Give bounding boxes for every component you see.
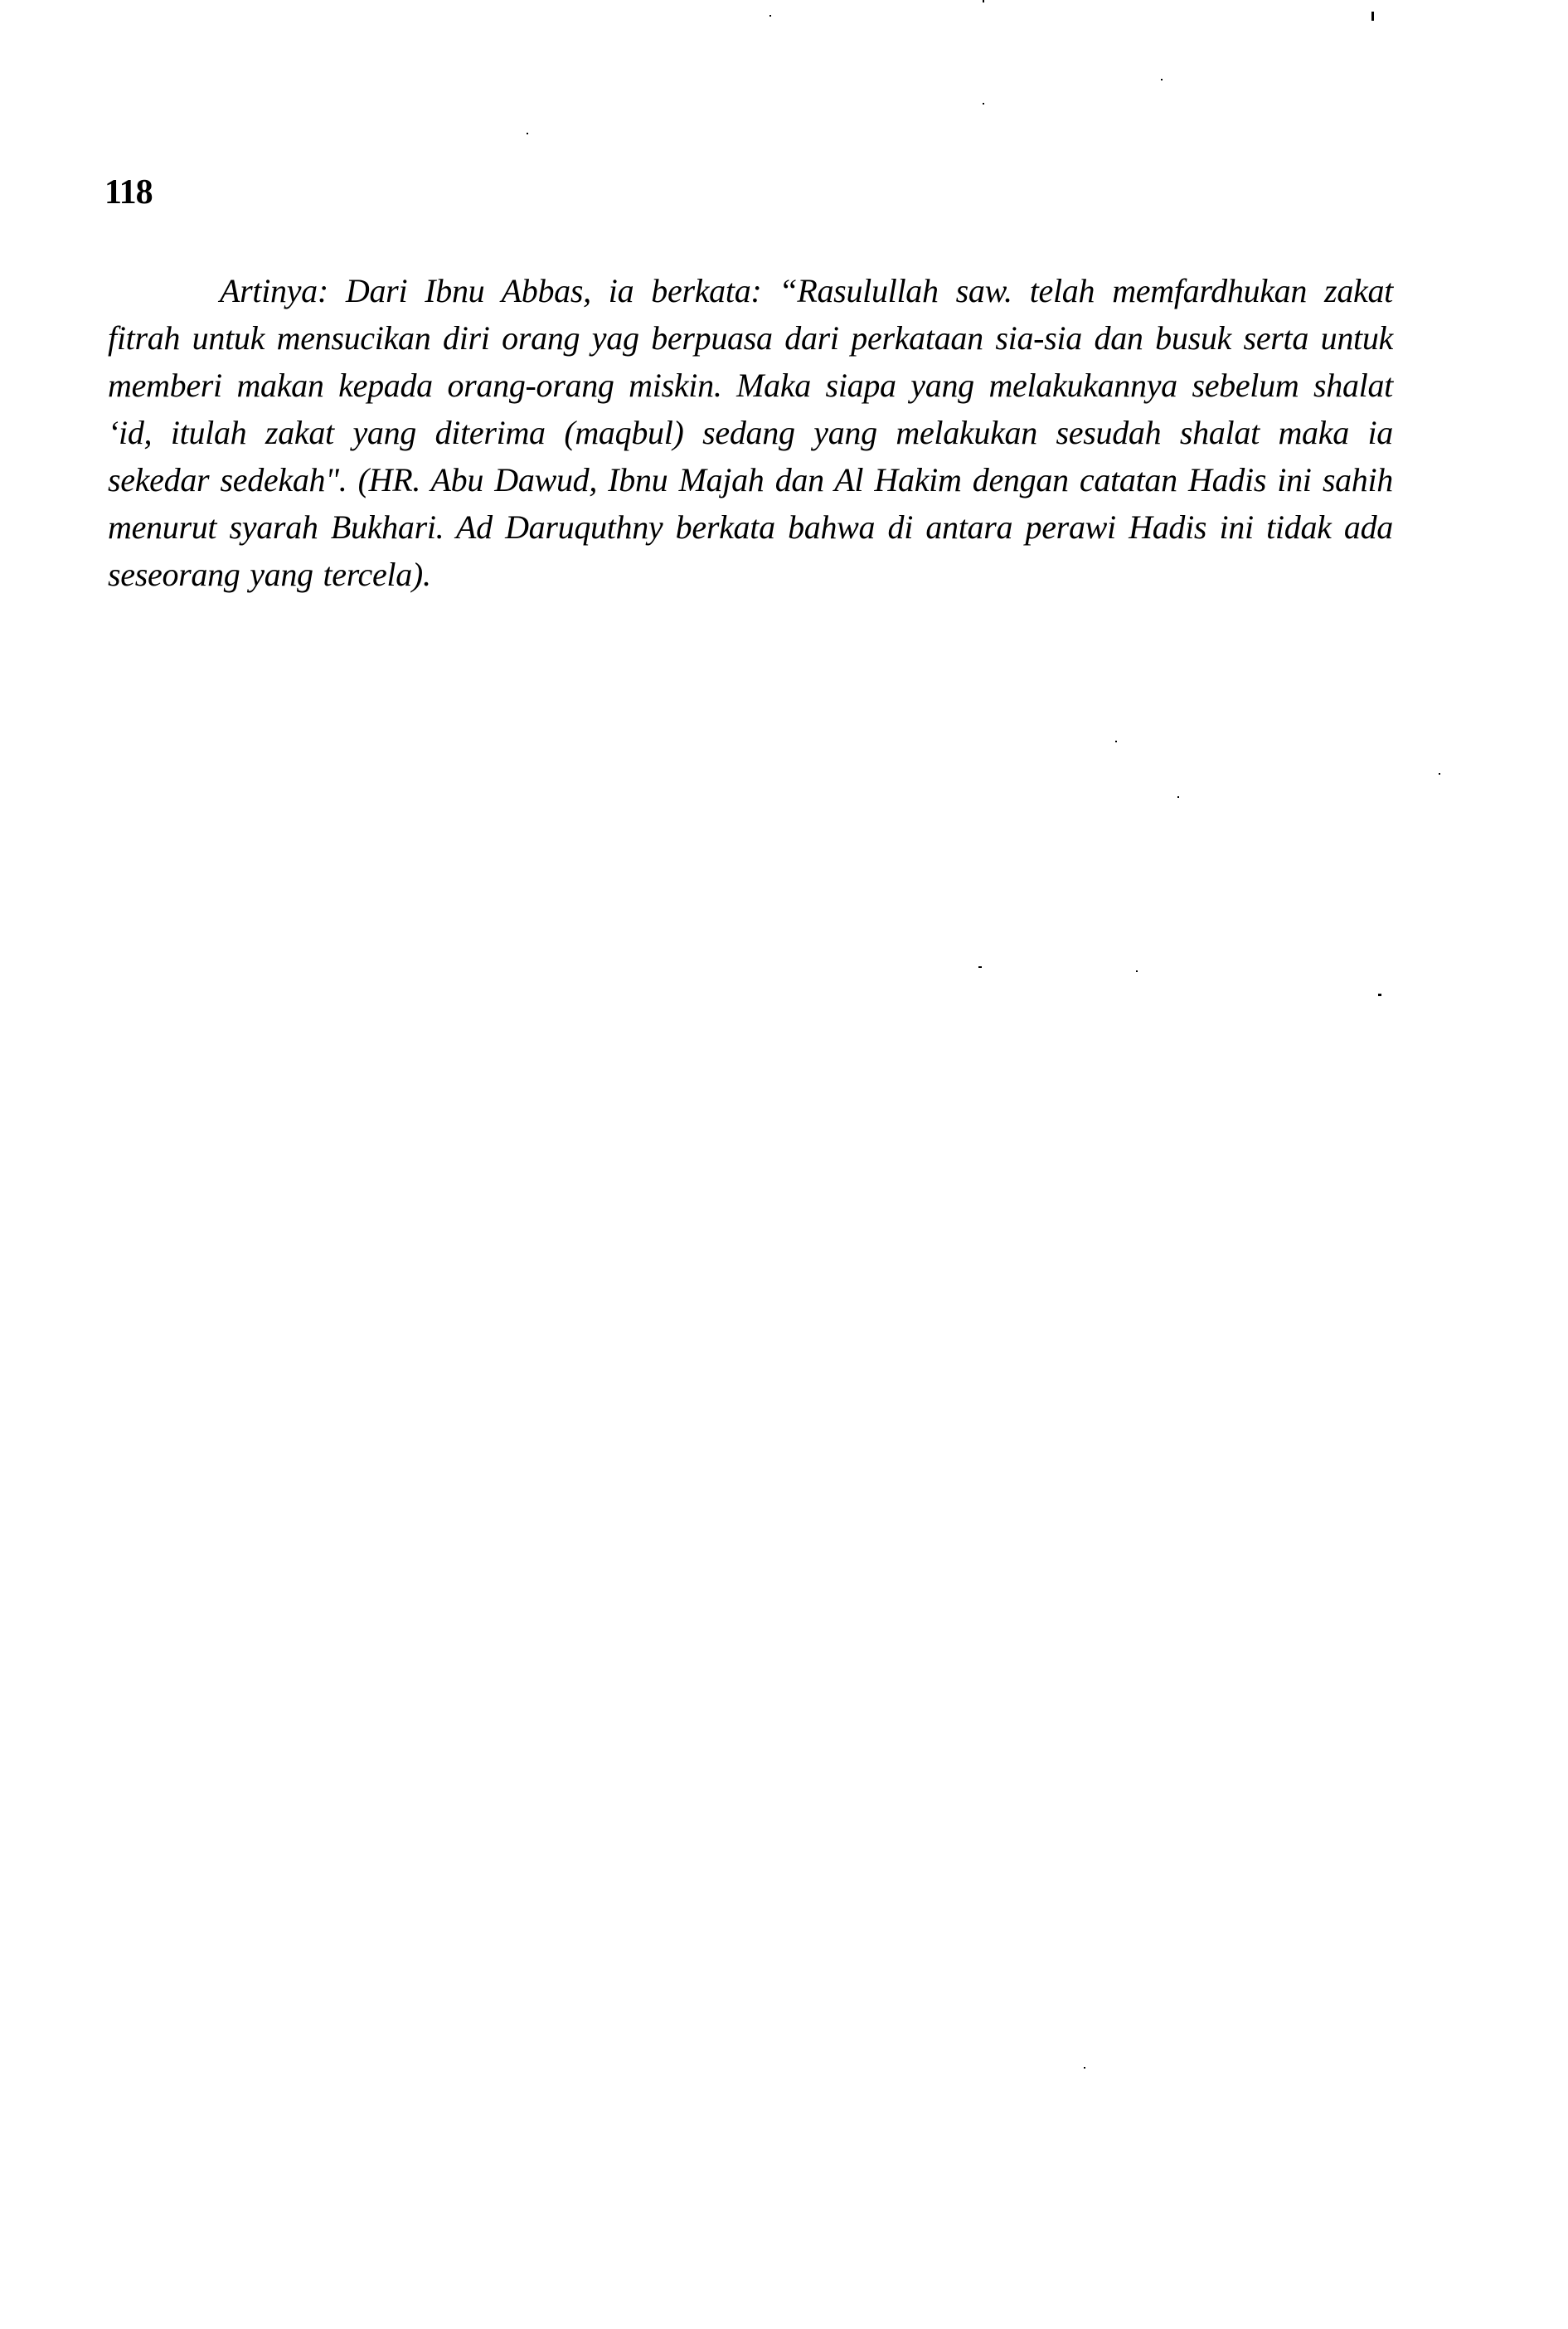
scan-speck (1136, 970, 1138, 972)
scan-speck (983, 103, 984, 105)
scan-speck (1371, 12, 1374, 21)
scan-speck (978, 966, 982, 968)
scan-speck (1115, 741, 1117, 742)
hadith-translation-paragraph: Artinya: Dari Ibnu Abbas, ia berkata: “R… (108, 267, 1393, 598)
scan-speck (769, 15, 771, 17)
scan-speck (983, 0, 984, 2)
page-number: 118 (104, 173, 153, 212)
scan-speck (1439, 773, 1440, 775)
scan-speck (1378, 994, 1381, 996)
scan-speck (1084, 2067, 1085, 2069)
scan-speck (527, 133, 528, 134)
scan-speck (1177, 796, 1179, 798)
scan-speck (1161, 79, 1163, 80)
